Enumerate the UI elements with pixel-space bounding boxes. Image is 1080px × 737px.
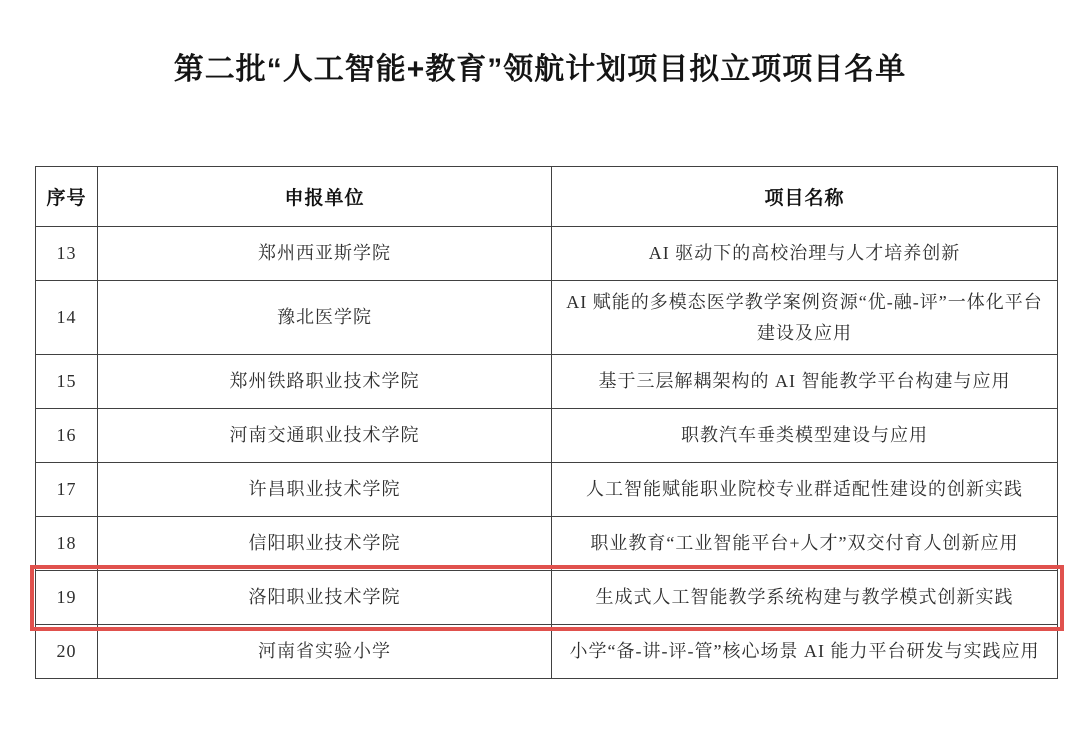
- unit-cell: 郑州西亚斯学院: [98, 227, 552, 281]
- row-number-cell: 13: [36, 227, 98, 281]
- row-number-cell: 17: [36, 463, 98, 517]
- project-cell: 基于三层解耦架构的 AI 智能教学平台构建与应用: [552, 355, 1058, 409]
- table-header-row: 序号 申报单位 项目名称: [36, 167, 1058, 227]
- row-number-cell: 14: [36, 281, 98, 355]
- table-row: 13 郑州西亚斯学院 AI 驱动下的高校治理与人才培养创新: [36, 227, 1058, 281]
- table-row-highlighted: 19 洛阳职业技术学院 生成式人工智能教学系统构建与教学模式创新实践: [36, 571, 1058, 625]
- project-cell: 小学“备-讲-评-管”核心场景 AI 能力平台研发与实践应用: [552, 625, 1058, 679]
- header-cell-project: 项目名称: [552, 167, 1058, 227]
- row-number-cell: 19: [36, 571, 98, 625]
- project-cell: 职教汽车垂类模型建设与应用: [552, 409, 1058, 463]
- table-row: 14 豫北医学院 AI 赋能的多模态医学教学案例资源“优-融-评”一体化平台建设…: [36, 281, 1058, 355]
- project-table: 序号 申报单位 项目名称 13 郑州西亚斯学院 AI 驱动下的高校治理与人才培养…: [35, 166, 1058, 679]
- project-cell: AI 赋能的多模态医学教学案例资源“优-融-评”一体化平台建设及应用: [552, 281, 1058, 355]
- table-body: 13 郑州西亚斯学院 AI 驱动下的高校治理与人才培养创新 14 豫北医学院 A…: [36, 227, 1058, 679]
- page-title: 第二批“人工智能+教育”领航计划项目拟立项项目名单: [0, 44, 1080, 88]
- project-cell: 人工智能赋能职业院校专业群适配性建设的创新实践: [552, 463, 1058, 517]
- project-cell: AI 驱动下的高校治理与人才培养创新: [552, 227, 1058, 281]
- row-number-cell: 16: [36, 409, 98, 463]
- project-cell: 职业教育“工业智能平台+人才”双交付育人创新应用: [552, 517, 1058, 571]
- unit-cell: 许昌职业技术学院: [98, 463, 552, 517]
- table-row: 18 信阳职业技术学院 职业教育“工业智能平台+人才”双交付育人创新应用: [36, 517, 1058, 571]
- table-header: 序号 申报单位 项目名称: [36, 167, 1058, 227]
- unit-cell: 洛阳职业技术学院: [98, 571, 552, 625]
- table-row: 17 许昌职业技术学院 人工智能赋能职业院校专业群适配性建设的创新实践: [36, 463, 1058, 517]
- row-number-cell: 20: [36, 625, 98, 679]
- project-table-container: 序号 申报单位 项目名称 13 郑州西亚斯学院 AI 驱动下的高校治理与人才培养…: [35, 166, 1058, 679]
- row-number-cell: 15: [36, 355, 98, 409]
- header-cell-unit: 申报单位: [98, 167, 552, 227]
- table-row: 20 河南省实验小学 小学“备-讲-评-管”核心场景 AI 能力平台研发与实践应…: [36, 625, 1058, 679]
- document-page: 第二批“人工智能+教育”领航计划项目拟立项项目名单 序号 申报单位 项目名称 1…: [0, 0, 1080, 737]
- table-row: 15 郑州铁路职业技术学院 基于三层解耦架构的 AI 智能教学平台构建与应用: [36, 355, 1058, 409]
- header-cell-number: 序号: [36, 167, 98, 227]
- table-row: 16 河南交通职业技术学院 职教汽车垂类模型建设与应用: [36, 409, 1058, 463]
- unit-cell: 郑州铁路职业技术学院: [98, 355, 552, 409]
- row-number-cell: 18: [36, 517, 98, 571]
- project-cell: 生成式人工智能教学系统构建与教学模式创新实践: [552, 571, 1058, 625]
- unit-cell: 河南交通职业技术学院: [98, 409, 552, 463]
- unit-cell: 河南省实验小学: [98, 625, 552, 679]
- unit-cell: 豫北医学院: [98, 281, 552, 355]
- unit-cell: 信阳职业技术学院: [98, 517, 552, 571]
